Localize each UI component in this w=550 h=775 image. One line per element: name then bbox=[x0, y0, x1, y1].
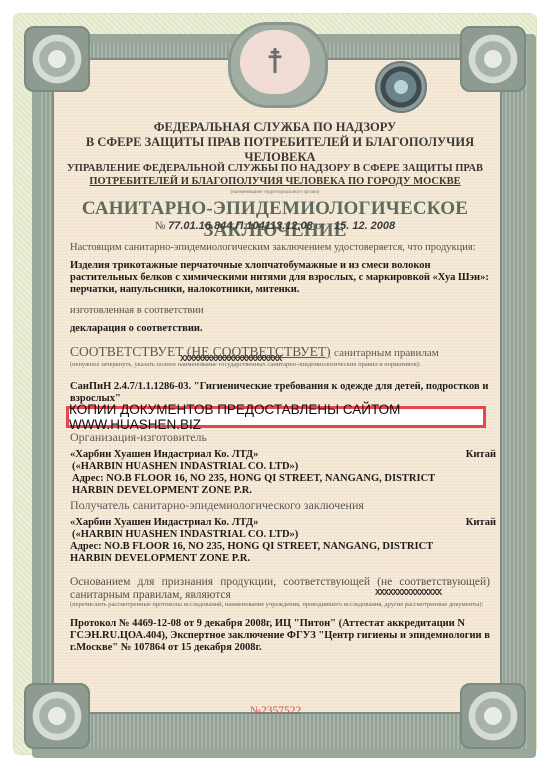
recipient-address: Адрес: NO.B FLOOR 16, NO 235, HONG QI ST… bbox=[70, 541, 470, 565]
watermark-banner: КОПИИ ДОКУМЕНТОВ ПРЕДОСТАВЛЕНЫ САЙТОМ WW… bbox=[66, 406, 486, 428]
date-prefix: от bbox=[316, 220, 326, 232]
product-description: Изделия трикотажные перчаточные хлопчато… bbox=[70, 260, 490, 296]
recipient-name-en: («HARBIN HUASHEN INDASTRIAL CO. LTD») bbox=[72, 529, 298, 541]
document-number: 77.01.16.844.П.104113.12.08 bbox=[168, 220, 313, 232]
agency-name-line1: ФЕДЕРАЛЬНАЯ СЛУЖБА ПО НАДЗОРУ bbox=[60, 120, 490, 135]
serial-number: №2357522 bbox=[250, 705, 301, 717]
ornament-corner-icon bbox=[460, 26, 526, 92]
double-headed-eagle-emblem-icon: ☨ bbox=[240, 30, 310, 94]
department-line2: ПОТРЕБИТЕЛЕЙ И БЛАГОПОЛУЧИЯ ЧЕЛОВЕКА ПО … bbox=[60, 176, 490, 187]
ornament-corner-icon bbox=[24, 683, 90, 749]
manufacturer-name-en: («HARBIN HUASHEN INDASTRIAL CO. LTD») bbox=[72, 461, 298, 473]
certify-text: Настоящим санитарно-эпидемиологическим з… bbox=[70, 242, 490, 253]
document-date: 15. 12. 2008 bbox=[334, 220, 395, 232]
compliance-line: СООТВЕТСТВУЕТ (НЕ СООТВЕТСТВУЕТ) санитар… bbox=[70, 344, 500, 360]
hologram-seal-icon bbox=[375, 61, 427, 113]
complies-label: СООТВЕТСТВУЕТ bbox=[70, 344, 183, 359]
ornament-corner-icon bbox=[24, 26, 90, 92]
compliance-note: (ненужное зачеркнуть, указать полное наи… bbox=[70, 361, 470, 369]
basis-note: (перечислить рассмотренные протоколы исс… bbox=[70, 601, 490, 609]
ornament-corner-icon bbox=[460, 683, 526, 749]
recipient-label: Получатель санитарно-эпидемиологического… bbox=[70, 498, 364, 513]
manufacturer-address: Адрес: NO.B FLOOR 16, NO 235, HONG QI ST… bbox=[72, 473, 472, 497]
recipient-country: Китай bbox=[466, 517, 496, 528]
basis-strike-marks: XXXXXXXXXXXXXXX bbox=[375, 588, 441, 598]
recipient-name-ru: «Харбин Хуашен Индастриал Ко. ЛТД» bbox=[70, 517, 258, 529]
made-per-value: декларация о соответствии. bbox=[70, 323, 203, 335]
protocol-reference: Протокол № 4469-12-08 от 9 декабря 2008г… bbox=[70, 618, 490, 654]
department-note: (наименование территориального органа) bbox=[60, 190, 490, 195]
number-prefix: № bbox=[155, 220, 166, 232]
manufacturer-label: Организация-изготовитель bbox=[70, 430, 207, 445]
complies-suffix: санитарным правилам bbox=[334, 347, 439, 359]
department-line1: УПРАВЛЕНИЕ ФЕДЕРАЛЬНОЙ СЛУЖБЫ ПО НАДЗОРУ… bbox=[60, 163, 490, 174]
made-per-label: изготовленная в соответствии bbox=[70, 305, 204, 316]
document-number-line: № 77.01.16.844.П.104113.12.08 от 15. 12.… bbox=[60, 220, 490, 232]
manufacturer-name-ru: «Харбин Хуашен Индастриал Ко. ЛТД» bbox=[70, 449, 258, 461]
agency-name-line2: В СФЕРЕ ЗАЩИТЫ ПРАВ ПОТРЕБИТЕЛЕЙ И БЛАГО… bbox=[60, 135, 500, 165]
manufacturer-country: Китай bbox=[466, 449, 496, 460]
